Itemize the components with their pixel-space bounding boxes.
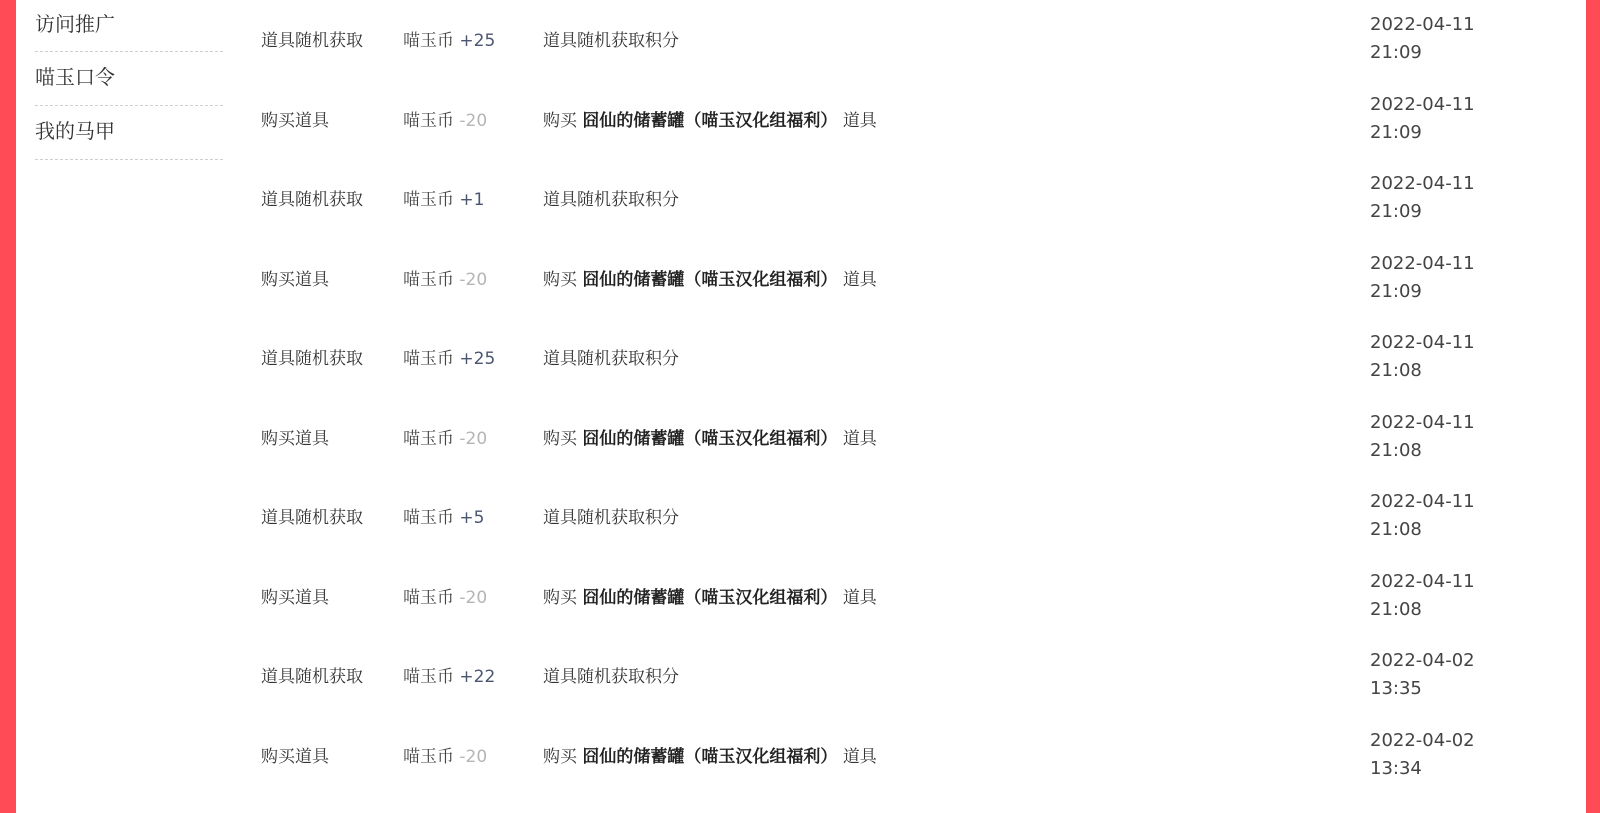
table-row: 购买道具喵玉币 -20购买 囧仙的储蓄罐（喵玉汉化组福利） 道具2022-04-… [261,80,1571,160]
record-description: 购买 囧仙的储蓄罐（喵玉汉化组福利） 道具 [543,424,877,449]
table-row: 购买道具喵玉币 -20购买 囧仙的储蓄罐（喵玉汉化组福利） 道具2022-04-… [261,557,1571,637]
currency-label: 喵玉币 [403,349,454,369]
table-row: 道具随机获取喵玉币 +5道具随机获取积分2022-04-1121:08 [261,477,1571,557]
record-type: 道具随机获取 [261,344,363,369]
record-description: 购买 囧仙的储蓄罐（喵玉汉化组福利） 道具 [543,106,877,131]
record-type: 购买道具 [261,106,329,131]
record-time: 13:35 [1370,678,1422,699]
record-timestamp: 2022-04-1121:08 [1370,409,1475,465]
description-prefix: 购买 [543,270,577,290]
record-timestamp: 2022-04-0213:35 [1370,647,1475,703]
record-description: 道具随机获取积分 [543,26,679,51]
table-row: 购买道具喵玉币 -20购买 囧仙的储蓄罐（喵玉汉化组福利） 道具2022-04-… [261,716,1571,796]
record-type: 购买道具 [261,742,329,767]
record-type: 道具随机获取 [261,503,363,528]
record-timestamp: 2022-04-0213:34 [1370,727,1475,783]
record-amount: 喵玉币 +22 [403,662,495,687]
record-time: 21:09 [1370,122,1422,143]
record-amount: 喵玉币 -20 [403,583,487,608]
record-timestamp: 2022-04-1121:09 [1370,250,1475,306]
record-time: 21:08 [1370,599,1422,620]
item-name: 囧仙的储蓄罐（喵玉汉化组福利） [582,747,837,767]
table-row: 购买道具喵玉币 -20购买 囧仙的储蓄罐（喵玉汉化组福利） 道具2022-04-… [261,398,1571,478]
record-date: 2022-04-11 [1370,491,1475,512]
record-description: 道具随机获取积分 [543,503,679,528]
record-date: 2022-04-11 [1370,412,1475,433]
table-row: 购买道具喵玉币 -20购买 囧仙的储蓄罐（喵玉汉化组福利） 道具2022-04-… [261,239,1571,319]
record-date: 2022-04-11 [1370,94,1475,115]
record-time: 21:08 [1370,360,1422,381]
amount-value: -20 [459,270,487,290]
record-description: 购买 囧仙的储蓄罐（喵玉汉化组福利） 道具 [543,583,877,608]
record-amount: 喵玉币 -20 [403,742,487,767]
description-prefix: 道具随机获取积分 [543,349,679,369]
record-date: 2022-04-11 [1370,253,1475,274]
record-time: 21:08 [1370,440,1422,461]
description-prefix: 道具随机获取积分 [543,31,679,51]
currency-label: 喵玉币 [403,31,454,51]
description-suffix: 道具 [843,270,877,290]
currency-label: 喵玉币 [403,508,454,528]
record-amount: 喵玉币 +5 [403,503,484,528]
description-prefix: 道具随机获取积分 [543,667,679,687]
record-date: 2022-04-02 [1370,650,1475,671]
sidebar-item-my-alts[interactable]: 我的马甲 [35,106,223,160]
sidebar-item-visit-promotion[interactable]: 访问推广 [35,0,223,52]
record-timestamp: 2022-04-1121:08 [1370,329,1475,385]
record-description: 道具随机获取积分 [543,662,679,687]
record-timestamp: 2022-04-1121:09 [1370,91,1475,147]
amount-value: +25 [459,349,495,369]
description-suffix: 道具 [843,111,877,131]
record-type: 道具随机获取 [261,185,363,210]
record-type: 购买道具 [261,424,329,449]
description-prefix: 购买 [543,588,577,608]
description-prefix: 购买 [543,429,577,449]
description-prefix: 道具随机获取积分 [543,190,679,210]
amount-value: -20 [459,429,487,449]
table-row: 道具随机获取喵玉币 +1道具随机获取积分2022-04-1121:09 [261,159,1571,239]
currency-label: 喵玉币 [403,747,454,767]
record-type: 购买道具 [261,265,329,290]
currency-label: 喵玉币 [403,429,454,449]
record-date: 2022-04-11 [1370,571,1475,592]
amount-value: +5 [459,508,484,528]
record-type: 道具随机获取 [261,26,363,51]
item-name: 囧仙的储蓄罐（喵玉汉化组福利） [582,270,837,290]
record-timestamp: 2022-04-1121:09 [1370,170,1475,226]
amount-value: -20 [459,747,487,767]
sidebar-item-miaoyu-password[interactable]: 喵玉口令 [35,52,223,106]
record-date: 2022-04-02 [1370,730,1475,751]
record-description: 购买 囧仙的储蓄罐（喵玉汉化组福利） 道具 [543,265,877,290]
record-date: 2022-04-11 [1370,173,1475,194]
record-amount: 喵玉币 +25 [403,26,495,51]
item-name: 囧仙的储蓄罐（喵玉汉化组福利） [582,588,837,608]
record-description: 购买 囧仙的储蓄罐（喵玉汉化组福利） 道具 [543,742,877,767]
amount-value: +1 [459,190,484,210]
description-prefix: 道具随机获取积分 [543,508,679,528]
record-timestamp: 2022-04-1121:08 [1370,568,1475,624]
item-name: 囧仙的储蓄罐（喵玉汉化组福利） [582,111,837,131]
record-amount: 喵玉币 -20 [403,424,487,449]
record-date: 2022-04-11 [1370,332,1475,353]
description-suffix: 道具 [843,429,877,449]
record-amount: 喵玉币 -20 [403,265,487,290]
item-name: 囧仙的储蓄罐（喵玉汉化组福利） [582,429,837,449]
amount-value: -20 [459,588,487,608]
record-timestamp: 2022-04-1121:09 [1370,11,1475,67]
record-type: 购买道具 [261,583,329,608]
record-amount: 喵玉币 +25 [403,344,495,369]
record-type: 道具随机获取 [261,662,363,687]
record-description: 道具随机获取积分 [543,185,679,210]
record-time: 21:09 [1370,281,1422,302]
record-amount: 喵玉币 +1 [403,185,484,210]
description-prefix: 购买 [543,747,577,767]
description-suffix: 道具 [843,747,877,767]
record-time: 21:09 [1370,201,1422,222]
record-description: 道具随机获取积分 [543,344,679,369]
record-time: 21:09 [1370,42,1422,63]
amount-value: +22 [459,667,495,687]
description-prefix: 购买 [543,111,577,131]
content-panel: 访问推广 喵玉口令 我的马甲 道具随机获取喵玉币 +25道具随机获取积分2022… [16,0,1586,813]
currency-label: 喵玉币 [403,588,454,608]
amount-value: -20 [459,111,487,131]
currency-label: 喵玉币 [403,111,454,131]
currency-label: 喵玉币 [403,190,454,210]
record-time: 21:08 [1370,519,1422,540]
sidebar-nav: 访问推广 喵玉口令 我的马甲 [35,0,223,160]
table-row: 道具随机获取喵玉币 +25道具随机获取积分2022-04-1121:09 [261,0,1571,80]
amount-value: +25 [459,31,495,51]
table-row: 道具随机获取喵玉币 +22道具随机获取积分2022-04-0213:35 [261,636,1571,716]
record-date: 2022-04-11 [1370,14,1475,35]
currency-label: 喵玉币 [403,667,454,687]
table-row: 道具随机获取喵玉币 +25道具随机获取积分2022-04-1121:08 [261,318,1571,398]
record-time: 13:34 [1370,758,1422,779]
currency-label: 喵玉币 [403,270,454,290]
credit-log-table: 道具随机获取喵玉币 +25道具随机获取积分2022-04-1121:09购买道具… [261,0,1571,795]
record-amount: 喵玉币 -20 [403,106,487,131]
record-timestamp: 2022-04-1121:08 [1370,488,1475,544]
description-suffix: 道具 [843,588,877,608]
